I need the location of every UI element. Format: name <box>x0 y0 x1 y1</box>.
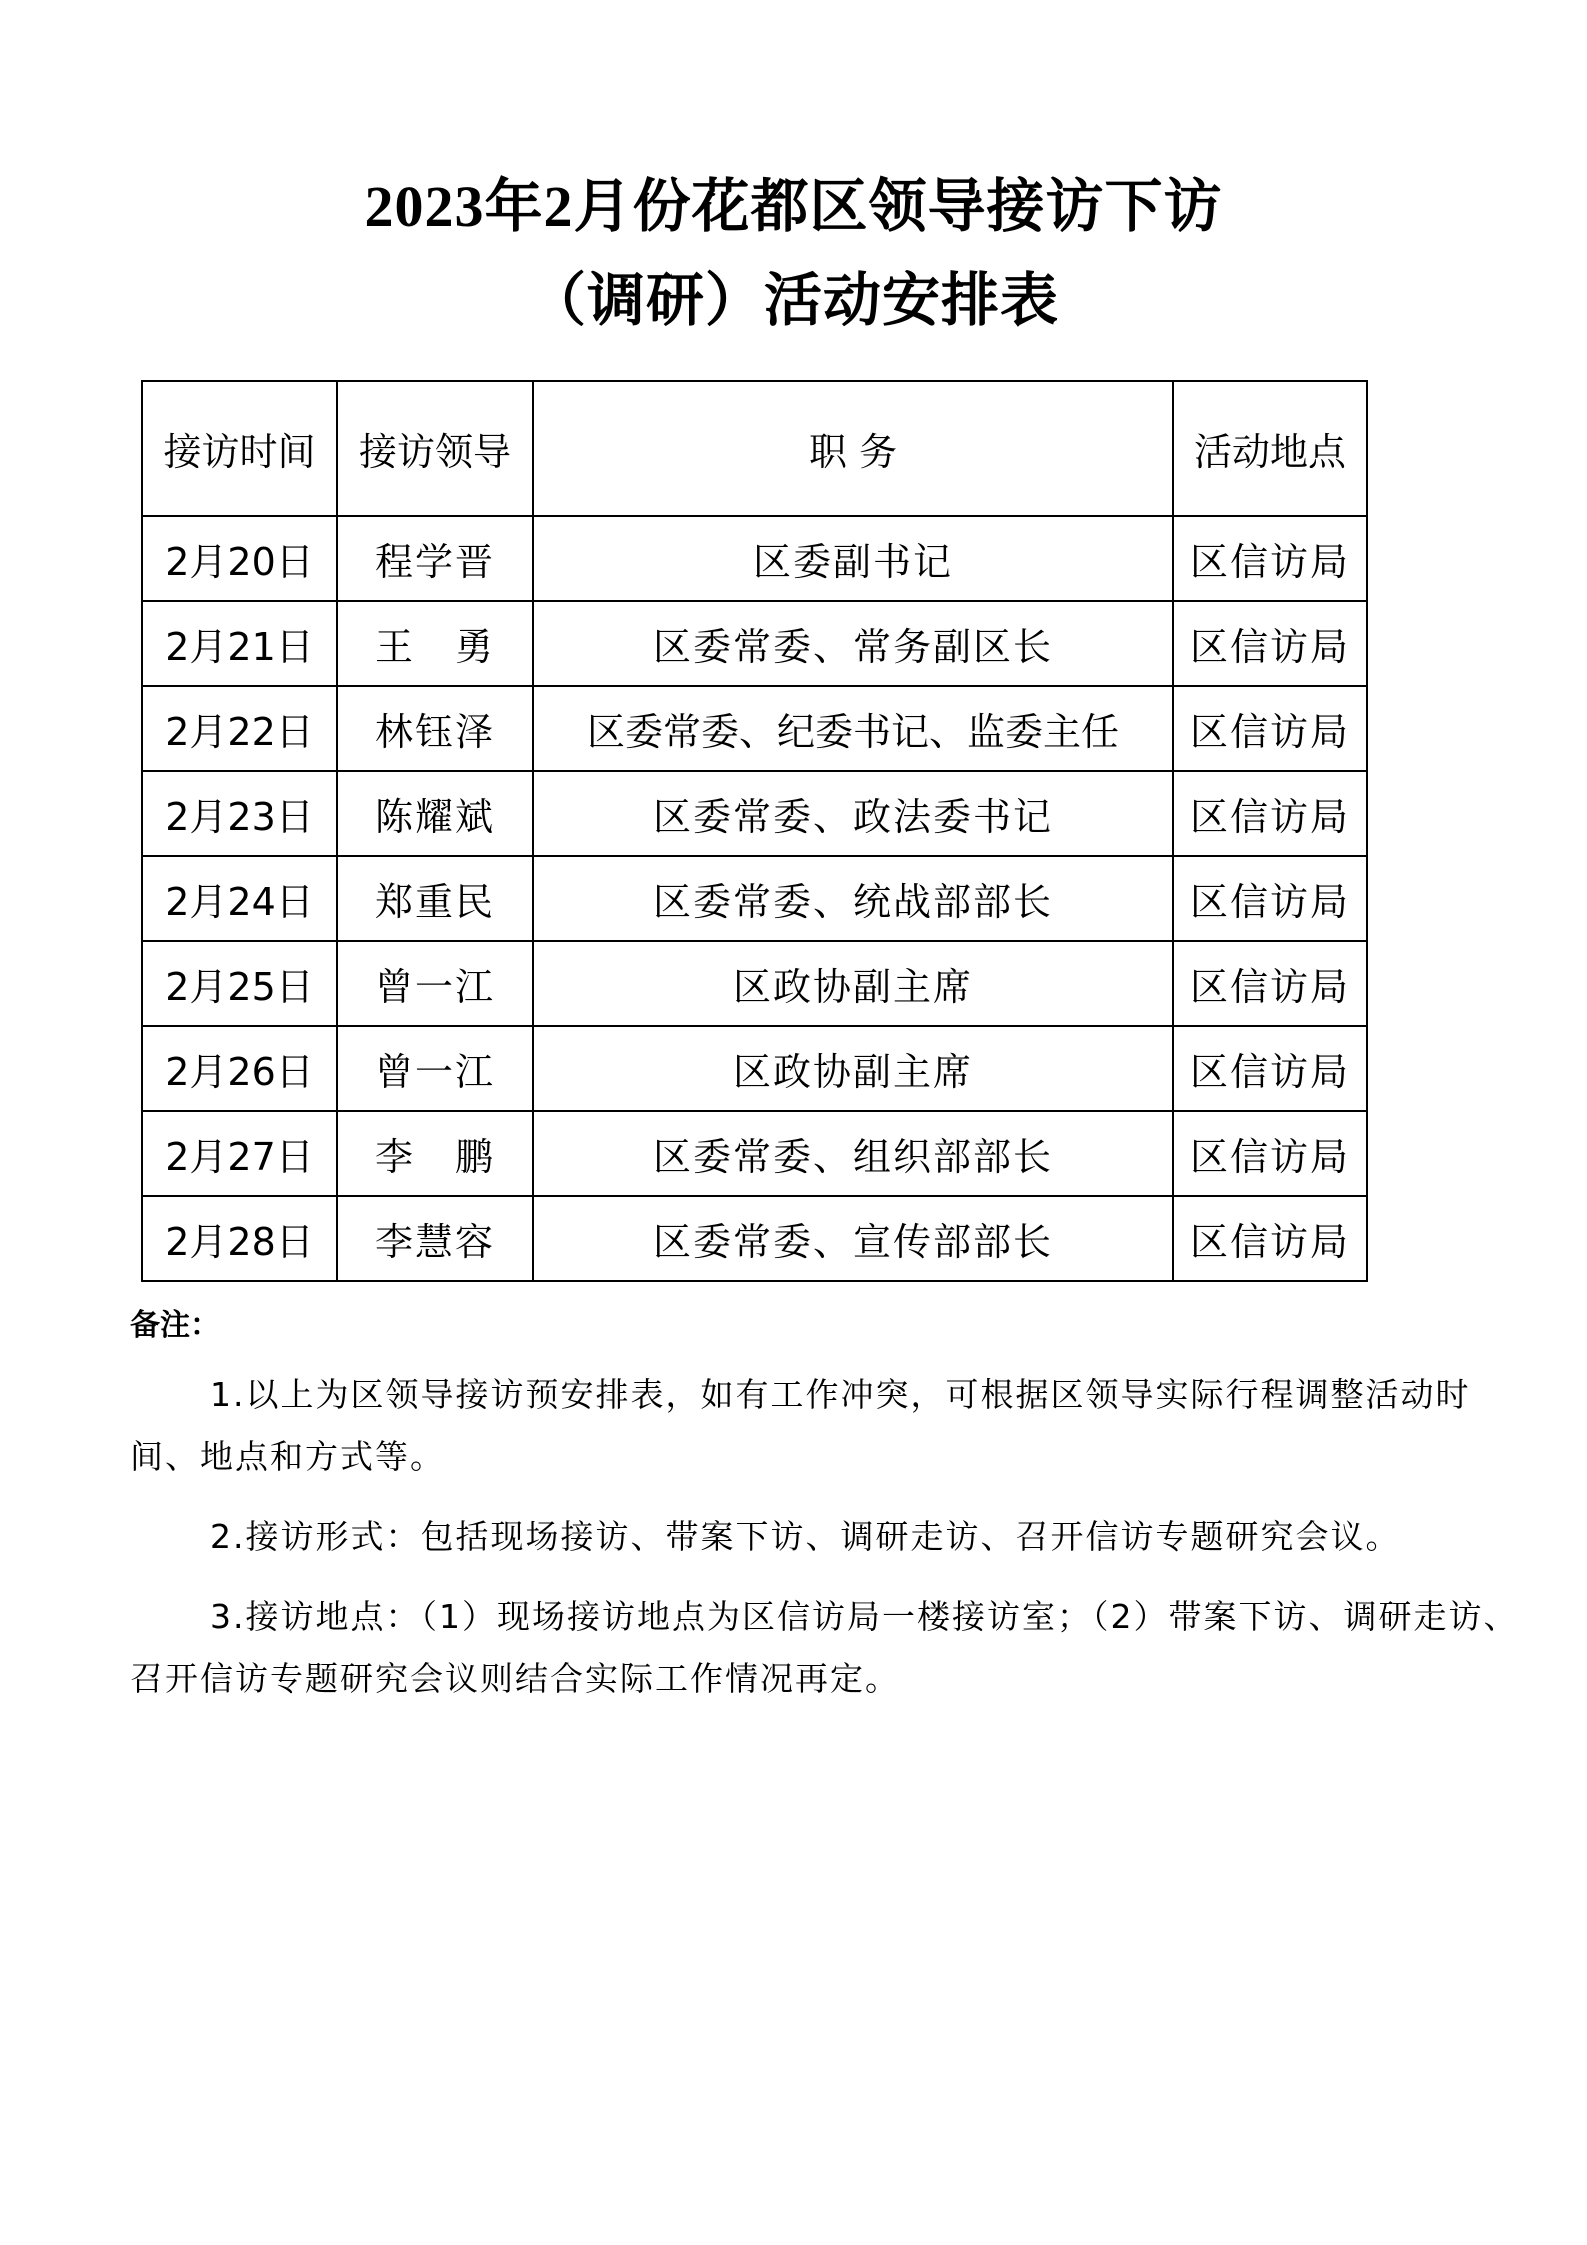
table-row: 2月26日 曾一江 区政协副主席 区信访局 <box>142 1026 1367 1111</box>
schedule-table: 接访时间 接访领导 职 务 活动地点 2月20日 程学晋 区委副书记 区信访局 … <box>141 380 1368 1282</box>
cell-leader: 程学晋 <box>337 516 533 601</box>
cell-location: 区信访局 <box>1173 856 1367 941</box>
table-row: 2月22日 林钰泽 区委常委、纪委书记、监委主任 区信访局 <box>142 686 1367 771</box>
cell-location: 区信访局 <box>1173 771 1367 856</box>
table-row: 2月28日 李慧容 区委常委、宣传部部长 区信访局 <box>142 1196 1367 1281</box>
cell-date: 2月21日 <box>142 601 337 686</box>
table-row: 2月23日 陈耀斌 区委常委、政法委书记 区信访局 <box>142 771 1367 856</box>
cell-location: 区信访局 <box>1173 941 1367 1026</box>
header-position: 职 务 <box>533 381 1173 516</box>
cell-position: 区政协副主席 <box>533 1026 1173 1111</box>
cell-location: 区信访局 <box>1173 686 1367 771</box>
cell-position: 区委常委、统战部部长 <box>533 856 1173 941</box>
cell-date: 2月23日 <box>142 771 337 856</box>
header-location: 活动地点 <box>1173 381 1367 516</box>
table-row: 2月21日 王 勇 区委常委、常务副区长 区信访局 <box>142 601 1367 686</box>
header-date: 接访时间 <box>142 381 337 516</box>
cell-location: 区信访局 <box>1173 516 1367 601</box>
notes-section: 备注： 1.以上为区领导接访预安排表，如有工作冲突，可根据区领导实际行程调整活动… <box>130 1300 1520 1728</box>
note-item-2: 2.接访形式：包括现场接访、带案下访、调研走访、召开信访专题研究会议。 <box>130 1506 1520 1568</box>
note-item-1: 1.以上为区领导接访预安排表，如有工作冲突，可根据区领导实际行程调整活动时间、地… <box>130 1364 1520 1488</box>
table-row: 2月25日 曾一江 区政协副主席 区信访局 <box>142 941 1367 1026</box>
cell-location: 区信访局 <box>1173 1196 1367 1281</box>
note-item-3: 3.接访地点：（1）现场接访地点为区信访局一楼接访室；（2）带案下访、调研走访、… <box>130 1586 1520 1710</box>
table-header-row: 接访时间 接访领导 职 务 活动地点 <box>142 381 1367 516</box>
cell-position: 区委常委、宣传部部长 <box>533 1196 1173 1281</box>
table-row: 2月20日 程学晋 区委副书记 区信访局 <box>142 516 1367 601</box>
cell-position: 区政协副主席 <box>533 941 1173 1026</box>
notes-header: 备注： <box>130 1300 1520 1344</box>
header-leader: 接访领导 <box>337 381 533 516</box>
cell-date: 2月24日 <box>142 856 337 941</box>
cell-location: 区信访局 <box>1173 601 1367 686</box>
cell-leader: 王 勇 <box>337 601 533 686</box>
cell-position: 区委常委、组织部部长 <box>533 1111 1173 1196</box>
cell-date: 2月27日 <box>142 1111 337 1196</box>
cell-date: 2月28日 <box>142 1196 337 1281</box>
cell-position: 区委常委、政法委书记 <box>533 771 1173 856</box>
cell-date: 2月20日 <box>142 516 337 601</box>
cell-leader: 郑重民 <box>337 856 533 941</box>
document-title-line2: （调研）活动安排表 <box>0 272 1587 330</box>
cell-leader: 曾一江 <box>337 941 533 1026</box>
cell-date: 2月22日 <box>142 686 337 771</box>
cell-leader: 陈耀斌 <box>337 771 533 856</box>
cell-leader: 曾一江 <box>337 1026 533 1111</box>
table-row: 2月27日 李 鹏 区委常委、组织部部长 区信访局 <box>142 1111 1367 1196</box>
cell-date: 2月26日 <box>142 1026 337 1111</box>
cell-leader: 林钰泽 <box>337 686 533 771</box>
cell-leader: 李 鹏 <box>337 1111 533 1196</box>
cell-position: 区委常委、纪委书记、监委主任 <box>533 686 1173 771</box>
document-title-line1: 2023年2月份花都区领导接访下访 <box>0 178 1587 236</box>
cell-location: 区信访局 <box>1173 1026 1367 1111</box>
cell-position: 区委副书记 <box>533 516 1173 601</box>
cell-leader: 李慧容 <box>337 1196 533 1281</box>
cell-position: 区委常委、常务副区长 <box>533 601 1173 686</box>
table-row: 2月24日 郑重民 区委常委、统战部部长 区信访局 <box>142 856 1367 941</box>
cell-location: 区信访局 <box>1173 1111 1367 1196</box>
cell-date: 2月25日 <box>142 941 337 1026</box>
